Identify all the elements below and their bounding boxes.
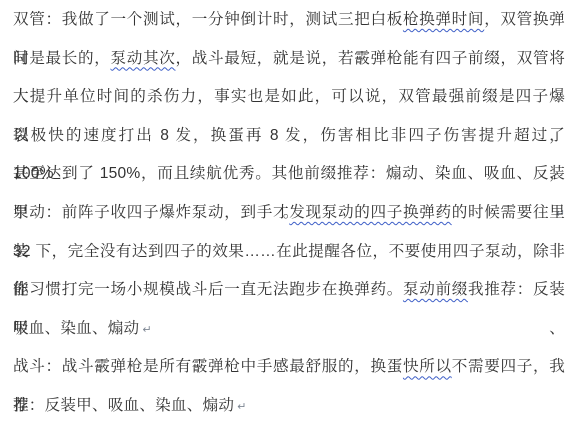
- text-segment: 双管：我做了一个测试，一分钟倒计时，测试三把白板: [13, 11, 403, 28]
- text-line: 荐：反装甲、吸血、染血、煽动↵: [13, 387, 565, 426]
- document-page: 双管：我做了一个测试，一分钟倒计时，测试三把白板枪换弹时间，双管换弹时 间是最长…: [0, 0, 580, 427]
- underlined-phrase: 泵动前缀: [403, 281, 468, 298]
- underlined-phrase: 发现泵动的四子换弹药: [289, 204, 451, 221]
- text-line: 32 下，完全没有达到四子的效果……在此提醒各位，不要使用四子泵动，除非你: [13, 233, 565, 272]
- underlined-phrase: 快所以: [403, 358, 452, 375]
- text-segment: 荐：反装甲、吸血、染血、煽动: [13, 397, 234, 414]
- text-segment: 间是最长的，: [13, 50, 111, 67]
- text-segment: 泵动：前阵子收四子爆炸泵动，到手才: [13, 204, 289, 221]
- underlined-phrase: 枪换弹时间: [403, 11, 484, 28]
- text-line: 双管：我做了一个测试，一分钟倒计时，测试三把白板枪换弹时间，双管换弹时: [13, 1, 565, 40]
- text-segment: 战斗：战斗霰弹枪是所有霰弹枪中手感最舒服的，换蛋: [13, 358, 403, 375]
- text-line: 甚至达到了 150%，而且续航优秀。其他前缀推荐：煽动、染血、吸血、反装甲。↵: [13, 155, 565, 194]
- text-line: 泵动：前阵子收四子爆炸泵动，到手才发现泵动的四子换弹药的时候需要往里装: [13, 194, 565, 233]
- text-line: 间是最长的，泵动其次，战斗最短，就是说，若霰弹枪能有四子前缀，双管将大: [13, 40, 565, 79]
- text-line: 以极快的速度打出 8 发，换蛋再 8 发，伤害相比非四子伤害提升超过了 100%…: [13, 117, 565, 156]
- text-segment: 吸血、染血、煽动: [13, 320, 139, 337]
- paragraph-mark: ↵: [142, 323, 151, 336]
- text-line: 战斗：战斗霰弹枪是所有霰弹枪中手感最舒服的，换蛋快所以不需要四子，我推: [13, 348, 565, 387]
- text-line: 能习惯打完一场小规模战斗后一直无法跑步在换弹药。泵动前缀我推荐：反装甲、: [13, 271, 565, 310]
- text-line: 大提升单位时间的杀伤力，事实也是如此，可以说，双管最强前缀是四子爆裂，: [13, 78, 565, 117]
- text-segment: 能习惯打完一场小规模战斗后一直无法跑步在换弹药。: [13, 281, 403, 298]
- paragraph-mark: ↵: [237, 400, 246, 413]
- underlined-phrase: 泵动其次: [111, 50, 176, 67]
